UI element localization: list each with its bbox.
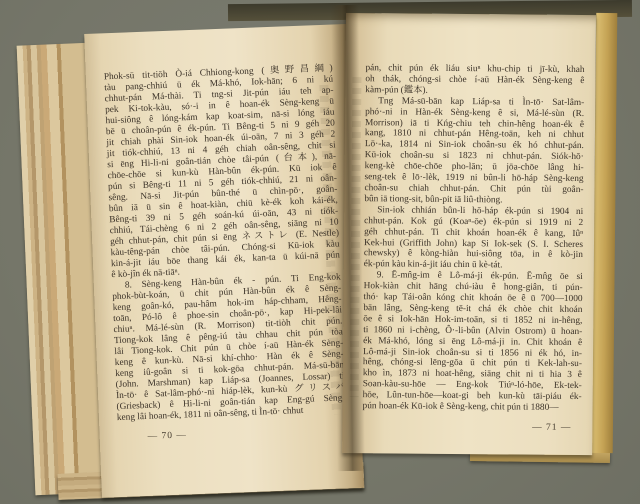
left-page: Phok-sū tit-tiōh Ò-iá Chhiong-kong (奥野昌綱… bbox=[84, 24, 364, 498]
left-page-body: Phok-sū tit-tiōh Ò-iá Chhiong-kong (奥野昌綱… bbox=[104, 64, 346, 425]
right-fore-edge bbox=[592, 13, 618, 453]
right-page-text: pán, chit pún ék liáu siuⁿ khu-chip ti j… bbox=[362, 63, 584, 434]
right-page-body: pán, chit pún ék liáu siuⁿ khu-chip ti j… bbox=[363, 63, 585, 414]
book-photo: Phok-sū tit-tiōh Ò-iá Chhiong-kong (奥野昌綱… bbox=[0, 0, 640, 504]
left-page-text: Phok-sū tit-tiōh Ò-iá Chhiong-kong (奥野昌綱… bbox=[104, 64, 347, 445]
right-page-number: — 71 — bbox=[362, 421, 581, 434]
text-line: pún hoan-ék Kū-iok ê Sèng-keng, chit pún… bbox=[363, 401, 582, 414]
right-page: pán, chit pún ék liáu siuⁿ khu-chip ti j… bbox=[342, 13, 596, 455]
left-page-number: — 70 — bbox=[118, 424, 347, 444]
